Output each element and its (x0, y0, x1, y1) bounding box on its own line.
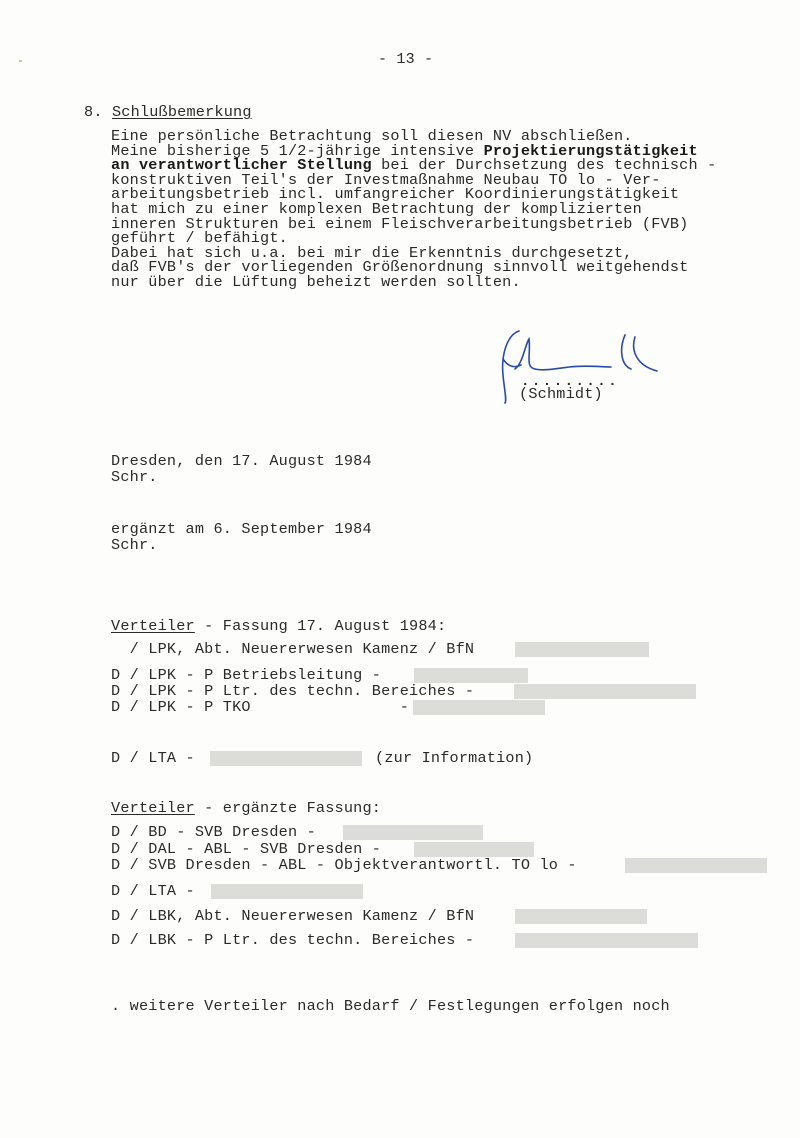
distribution-version: - Fassung 17. August 1984: (195, 617, 446, 635)
signatory-name: (Schmidt) (519, 386, 603, 402)
redaction-box (414, 842, 534, 857)
distribution-entry: D / LPK - P TKO - (111, 699, 409, 715)
distribution-entry: D / LBK, Abt. Neuererwesen Kamenz / BfN (111, 908, 474, 924)
redaction-box (210, 751, 362, 766)
distribution-heading-original: Verteiler - Fassung 17. August 1984: (111, 618, 446, 634)
body-line: nur über die Lüftung beheizt werden soll… (111, 274, 521, 290)
amended-initials: Schr. (111, 537, 158, 553)
distribution-entry: D / DAL - ABL - SVB Dresden - (111, 841, 381, 857)
distribution-version: - ergänzte Fassung: (195, 799, 381, 817)
distribution-entry: D / LPK - P Ltr. des techn. Bereiches - (111, 683, 474, 699)
paper-speck (19, 60, 22, 62)
distribution-entry: D / LBK - P Ltr. des techn. Bereiches - (111, 932, 474, 948)
redaction-box (515, 642, 649, 657)
distribution-entry: D / LTA - (111, 883, 195, 899)
redaction-box (414, 668, 528, 683)
distribution-entry: D / LPK - P Betriebsleitung - (111, 667, 381, 683)
redaction-box (413, 700, 545, 715)
redaction-box (515, 909, 647, 924)
author-initials: Schr. (111, 469, 158, 485)
info-note: (zur Information) (375, 750, 533, 766)
section-number: 8. (84, 103, 103, 121)
redaction-box (343, 825, 483, 840)
section-title: Schlußbemerkung (112, 103, 252, 121)
redaction-box (625, 858, 767, 873)
redaction-box (211, 884, 363, 899)
page-number: - 13 - (378, 52, 433, 68)
distribution-entry: / LPK, Abt. Neuererwesen Kamenz / BfN (111, 641, 474, 657)
redaction-box (515, 933, 698, 948)
distribution-entry: D / SVB Dresden - ABL - Objektverantwort… (111, 857, 577, 873)
body-text-span: nur über die Lüftung beheizt werden soll… (111, 273, 521, 291)
distribution-entry: D / BD - SVB Dresden - (111, 824, 316, 840)
distribution-label: Verteiler (111, 617, 195, 635)
distribution-heading-amended: Verteiler - ergänzte Fassung: (111, 800, 381, 816)
section-heading: 8. Schlußbemerkung (84, 104, 252, 120)
amended-date: ergänzt am 6. September 1984 (111, 521, 372, 537)
distribution-entry-lta: D / LTA - (111, 750, 195, 766)
redaction-box (514, 684, 696, 699)
document-page: - 13 - 8. Schlußbemerkung Eine persönlic… (0, 0, 800, 1138)
place-date: Dresden, den 17. August 1984 (111, 453, 372, 469)
footer-note: . weitere Verteiler nach Bedarf / Festle… (111, 998, 670, 1014)
distribution-label: Verteiler (111, 799, 195, 817)
